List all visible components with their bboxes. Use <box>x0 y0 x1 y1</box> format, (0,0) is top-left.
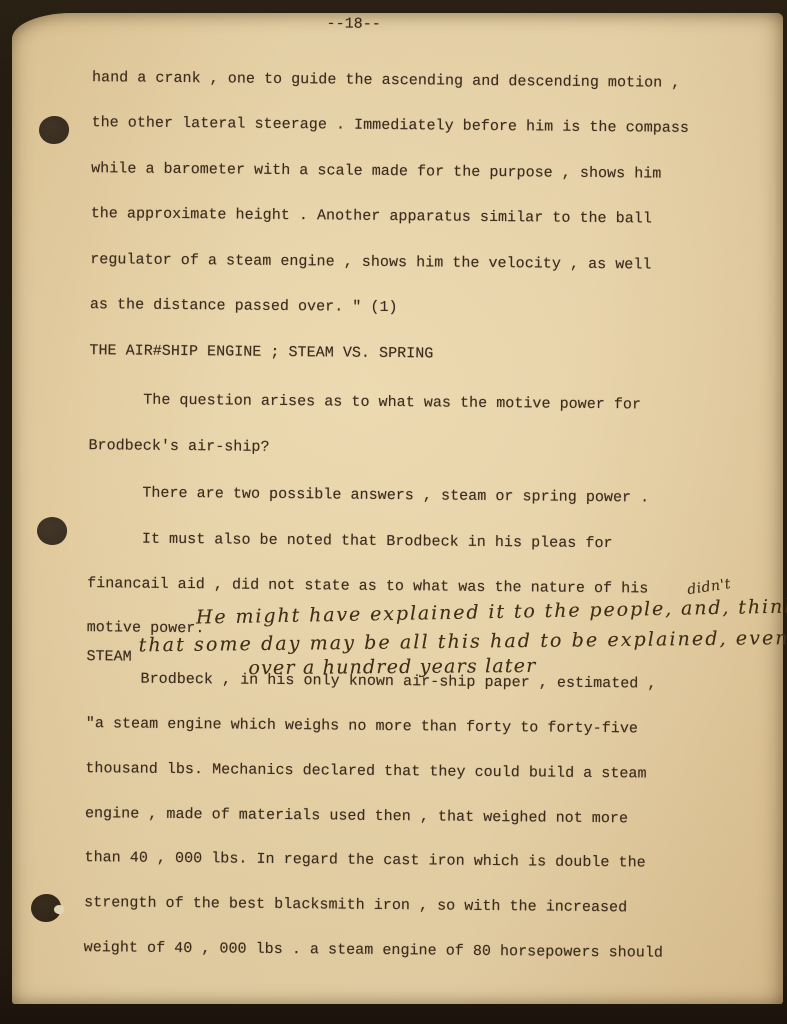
typed-line: as the distance passed over. " (1) <box>90 296 398 316</box>
typed-line: It must also be noted that Brodbeck in h… <box>88 530 613 552</box>
typed-line: the approximate height . Another apparat… <box>91 205 652 227</box>
typed-line: engine , made of materials used then , t… <box>85 805 628 827</box>
typed-line: Brodbeck's air-ship? <box>88 437 269 456</box>
handwritten-annotation-line-1: He might have explained it to the people… <box>196 596 787 629</box>
typed-line: regulator of a steam engine , shows him … <box>90 251 651 273</box>
typed-line: the other lateral steerage . Immediately… <box>92 114 690 137</box>
typed-line: than 40 , 000 lbs. In regard the cast ir… <box>84 849 645 871</box>
steam-subheading: STEAM <box>86 648 131 665</box>
typed-line: The question arises as to what was the m… <box>89 391 641 413</box>
section-heading: THE AIR#SHIP ENGINE ; STEAM VS. SPRING <box>89 342 433 362</box>
typed-lines-container: hand a crank , one to guide the ascendin… <box>5 0 787 4</box>
typed-text-block: --18-- hand a crank , one to guide the a… <box>0 0 787 1024</box>
typed-line: thousand lbs. Mechanics declared that th… <box>85 760 646 782</box>
handwritten-annotation-insert: didn't <box>686 576 732 598</box>
typed-line: hand a crank , one to guide the ascendin… <box>92 69 680 92</box>
typed-line: "a steam engine which weighs no more tha… <box>86 715 638 737</box>
handwritten-annotation-line-2: that some day may be all this had to be … <box>139 627 787 656</box>
handwritten-annotation-line-3: over a hundred years later <box>248 655 536 679</box>
typed-line: strength of the best blacksmith iron , s… <box>84 894 627 916</box>
typed-line: weight of 40 , 000 lbs . a steam engine … <box>84 939 663 962</box>
typed-line: There are two possible answers , steam o… <box>88 484 649 506</box>
typed-line: financail aid , did not state as to what… <box>87 575 648 597</box>
page-number: --18-- <box>326 15 380 33</box>
typed-line: while a barometer with a scale made for … <box>91 160 661 182</box>
